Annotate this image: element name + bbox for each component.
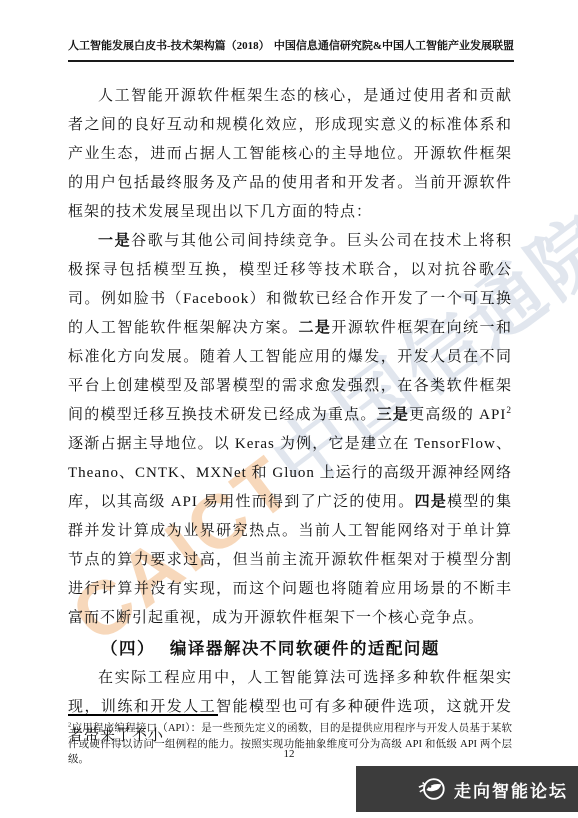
bird-logo-icon — [417, 774, 447, 804]
footnote-text: 2应用程序编程接口（API）：是一些预先定义的函数，目的是提供应用程序与开发人员… — [68, 721, 512, 768]
brand-name: 走向智能论坛 — [454, 777, 568, 802]
section-heading-number: （四） — [101, 639, 155, 658]
brand-band: 走向智能论坛 — [356, 766, 578, 812]
page-header: 人工智能发展白皮书-技术架构篇（2018） 中国信息通信研究院&中国人工智能产业… — [68, 37, 514, 62]
document-page: 人工智能发展白皮书-技术架构篇（2018） 中国信息通信研究院&中国人工智能产业… — [0, 0, 578, 818]
page-number: 12 — [0, 748, 578, 760]
header-title-left: 人工智能发展白皮书-技术架构篇（2018） — [68, 37, 270, 53]
paragraph-intro: 人工智能开源软件框架生态的核心，是通过使用者和贡献者之间的良好互动和规模化效应，… — [68, 82, 512, 227]
section-heading: （四）编译器解决不同软硬件的适配问题 — [68, 633, 512, 664]
section-heading-title: 编译器解决不同软硬件的适配问题 — [170, 639, 440, 658]
paragraph-features: 一是谷歌与其他公司间持续竞争。巨头公司在技术上将积极探寻包括模型互换，模型迁移等… — [68, 227, 512, 633]
header-title-right: 中国信息通信研究院&中国人工智能产业发展联盟 — [274, 37, 514, 53]
body-content: 人工智能开源软件框架生态的核心，是通过使用者和贡献者之间的良好互动和规模化效应，… — [68, 82, 512, 751]
footnote-divider — [68, 714, 218, 716]
